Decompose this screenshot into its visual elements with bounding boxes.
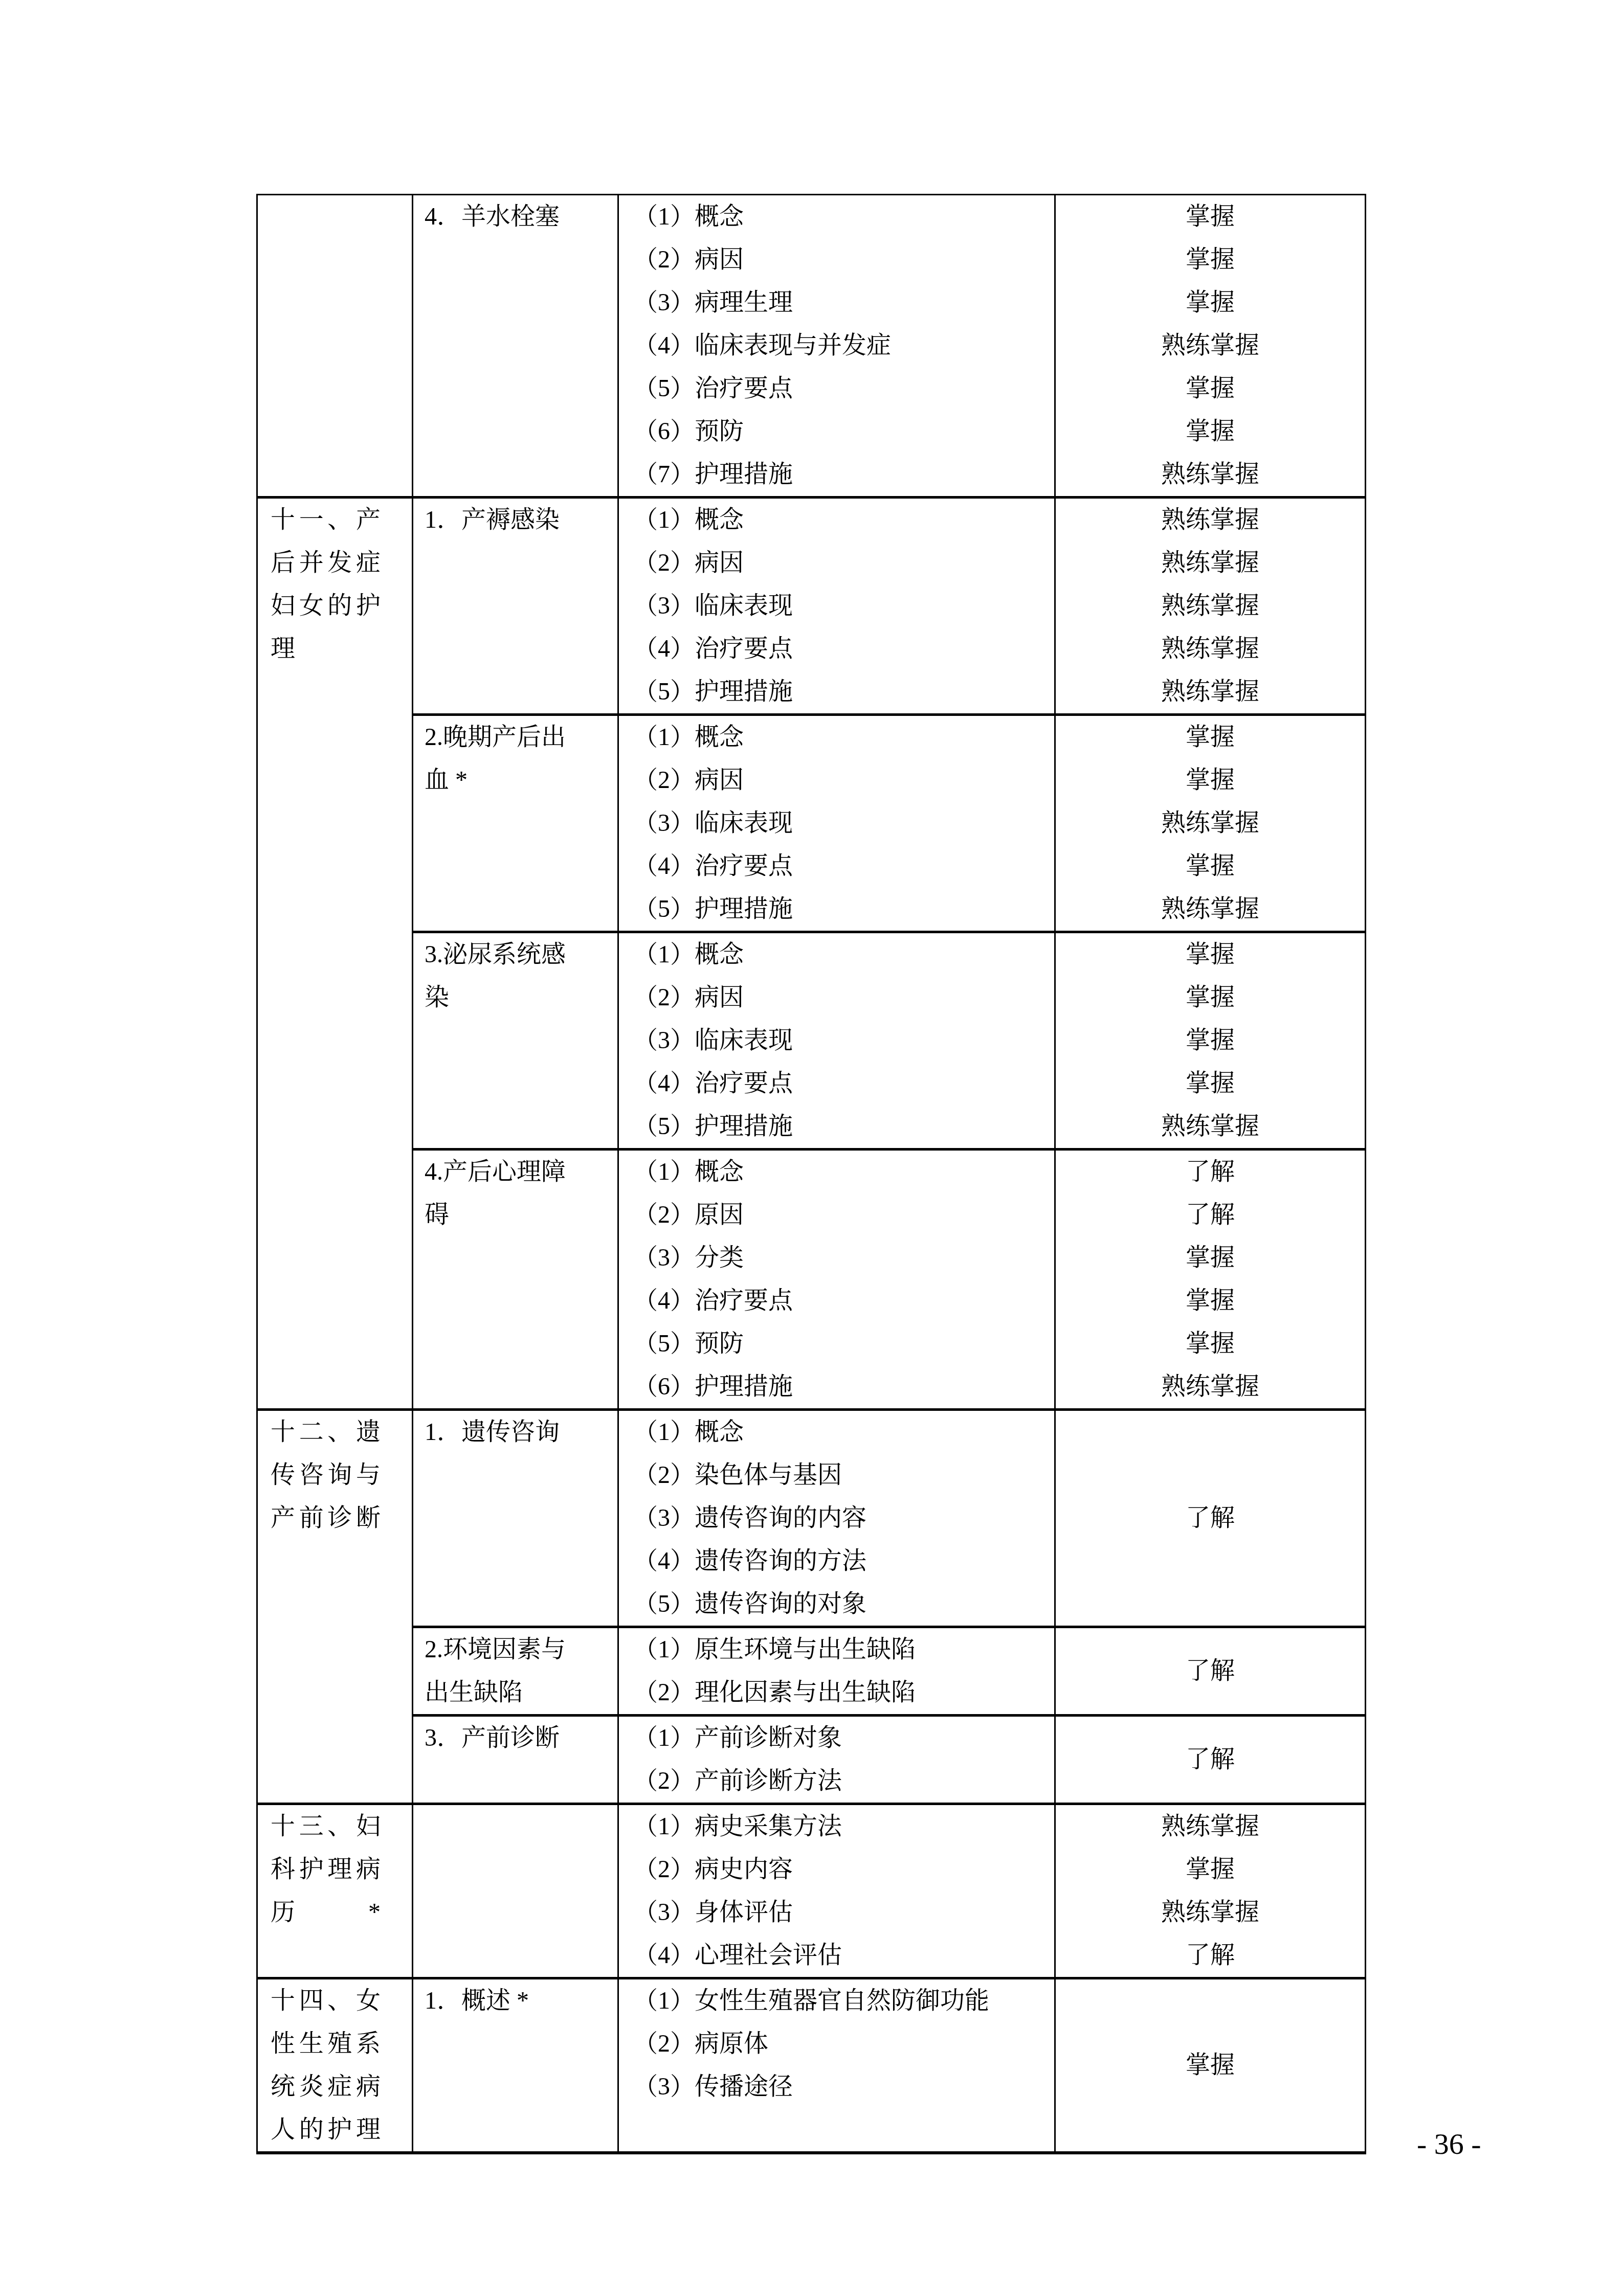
- chapter-cell: 十四、女性生殖系统炎症病人的护理: [257, 1978, 413, 2153]
- item-text: （2）病原体: [619, 2022, 1054, 2065]
- chapter-cell-empty: [257, 195, 413, 498]
- subsection-label: 3.泌尿系统感染: [425, 933, 578, 1019]
- items-cell: （1）女性生殖器官自然防御功能 （2）病原体 （3）传播途径: [618, 1978, 1055, 2153]
- subsection-cell: 1．遗传咨询: [413, 1410, 618, 1627]
- item-text: （3）身体评估: [619, 1891, 1054, 1934]
- item-text: （1）病史采集方法: [619, 1805, 1054, 1848]
- item-text: （7）护理措施: [619, 453, 1054, 496]
- requirement-value: 掌握: [1056, 976, 1365, 1019]
- item-text: （2）病因: [619, 238, 1054, 281]
- page-number: - 36 -: [1417, 2126, 1481, 2162]
- requirement-value: 掌握: [1056, 845, 1365, 888]
- syllabus-table: 4．羊水栓塞 （1）概念 （2）病因 （3）病理生理 （4）临床表现与并发症 （…: [256, 194, 1366, 2154]
- group-row: 2.环境因素与出生缺陷 （1）原生环境与出生缺陷 （2）理化因素与出生缺陷 了解: [257, 1627, 1366, 1716]
- item-text: （2）病因: [619, 759, 1054, 802]
- subsection-cell: [413, 1804, 618, 1978]
- requirement-cell: 熟练掌握 掌握 熟练掌握 了解: [1055, 1804, 1366, 1978]
- item-text: （1）概念: [619, 716, 1054, 759]
- chapter-label: 十三、妇科护理病历 *: [271, 1805, 381, 1934]
- requirement-value: 掌握: [1056, 238, 1365, 281]
- requirement-cell: 掌握 掌握 掌握 掌握 熟练掌握: [1055, 932, 1366, 1150]
- subsection-cell: 3．产前诊断: [413, 1716, 618, 1804]
- requirement-cell-merged: 了解: [1055, 1410, 1366, 1627]
- requirement-cell: 了解 了解 掌握 掌握 掌握 熟练掌握: [1055, 1150, 1366, 1410]
- item-text: （4）遗传咨询的方法: [619, 1540, 1054, 1583]
- subsection-label: 1．概述 *: [425, 1979, 578, 2022]
- requirement-cell-merged: 掌握: [1055, 1978, 1366, 2153]
- chapter-cell: 十二、遗传咨询与产前诊断: [257, 1410, 413, 1804]
- item-text: （2）理化因素与出生缺陷: [619, 1671, 1054, 1714]
- subsection-cell: 4．羊水栓塞: [413, 195, 618, 498]
- items-cell: （1）概念 （2）原因 （3）分类 （4）治疗要点 （5）预防 （6）护理措施: [618, 1150, 1055, 1410]
- requirement-value: 掌握: [1056, 933, 1365, 976]
- requirement-value: 熟练掌握: [1056, 802, 1365, 845]
- items-cell: （1）原生环境与出生缺陷 （2）理化因素与出生缺陷: [618, 1627, 1055, 1716]
- group-row: 十三、妇科护理病历 * （1）病史采集方法 （2）病史内容 （3）身体评估 （4…: [257, 1804, 1366, 1978]
- group-row: 3．产前诊断 （1）产前诊断对象 （2）产前诊断方法 了解: [257, 1716, 1366, 1804]
- requirement-cell-merged: 了解: [1055, 1627, 1366, 1716]
- requirement-value: 熟练掌握: [1056, 324, 1365, 367]
- requirement-value: 熟练掌握: [1056, 1365, 1365, 1408]
- items-cell: （1）病史采集方法 （2）病史内容 （3）身体评估 （4）心理社会评估: [618, 1804, 1055, 1978]
- item-text: （1）概念: [619, 499, 1054, 542]
- item-text: （3）临床表现: [619, 802, 1054, 845]
- requirement-cell: 掌握 掌握 熟练掌握 掌握 熟练掌握: [1055, 715, 1366, 932]
- requirement-cell: 熟练掌握 熟练掌握 熟练掌握 熟练掌握 熟练掌握: [1055, 498, 1366, 715]
- item-text: （2）产前诊断方法: [619, 1760, 1054, 1803]
- requirement-value: 掌握: [1056, 410, 1365, 453]
- chapter-cell: 十一、产后并发症妇女的护理: [257, 498, 413, 1410]
- subsection-label: 1．产褥感染: [425, 499, 578, 542]
- requirement-value: 熟练掌握: [1056, 1105, 1365, 1148]
- requirement-value: 熟练掌握: [1056, 670, 1365, 713]
- group-row: 4．羊水栓塞 （1）概念 （2）病因 （3）病理生理 （4）临床表现与并发症 （…: [257, 195, 1366, 498]
- items-cell: （1）概念 （2）病因 （3）临床表现 （4）治疗要点 （5）护理措施: [618, 932, 1055, 1150]
- subsection-cell: 2.环境因素与出生缺陷: [413, 1627, 618, 1716]
- item-text: （4）心理社会评估: [619, 1934, 1054, 1977]
- items-cell: （1）产前诊断对象 （2）产前诊断方法: [618, 1716, 1055, 1804]
- items-cell: （1）概念 （2）病因 （3）临床表现 （4）治疗要点 （5）护理措施: [618, 498, 1055, 715]
- item-text: （5）治疗要点: [619, 367, 1054, 410]
- group-row: 2.晚期产后出血 * （1）概念 （2）病因 （3）临床表现 （4）治疗要点 （…: [257, 715, 1366, 932]
- requirement-value: 掌握: [1056, 1062, 1365, 1105]
- item-text: （4）治疗要点: [619, 627, 1054, 670]
- subsection-cell: 3.泌尿系统感染: [413, 932, 618, 1150]
- subsection-label: 3．产前诊断: [425, 1717, 578, 1760]
- requirement-value: 掌握: [1056, 1019, 1365, 1062]
- subsection-cell: 1．产褥感染: [413, 498, 618, 715]
- requirement-value: 熟练掌握: [1056, 1891, 1365, 1934]
- item-text: （5）护理措施: [619, 670, 1054, 713]
- item-text: （1）概念: [619, 1151, 1054, 1194]
- requirement-value: 熟练掌握: [1056, 627, 1365, 670]
- item-text: （1）原生环境与出生缺陷: [619, 1628, 1054, 1671]
- item-text: （2）病史内容: [619, 1848, 1054, 1891]
- item-text: （4）临床表现与并发症: [619, 324, 1054, 367]
- requirement-value: 熟练掌握: [1056, 499, 1365, 542]
- requirement-value: 掌握: [1056, 281, 1365, 324]
- item-text: （1）概念: [619, 1411, 1054, 1454]
- item-text: （1）概念: [619, 933, 1054, 976]
- item-text: （5）护理措施: [619, 1105, 1054, 1148]
- items-cell: （1）概念 （2）病因 （3）临床表现 （4）治疗要点 （5）护理措施: [618, 715, 1055, 932]
- item-text: （1）女性生殖器官自然防御功能: [619, 1979, 1054, 2022]
- item-text: （2）病因: [619, 976, 1054, 1019]
- requirement-value: 掌握: [1056, 1322, 1365, 1365]
- subsection-cell: 4.产后心理障碍: [413, 1150, 618, 1410]
- subsection-label: 2.环境因素与出生缺陷: [425, 1628, 578, 1714]
- requirement-value: 掌握: [1056, 1236, 1365, 1279]
- group-row: 十二、遗传咨询与产前诊断 1．遗传咨询 （1）概念 （2）染色体与基因 （3）遗…: [257, 1410, 1366, 1627]
- item-text: （2）原因: [619, 1194, 1054, 1236]
- item-text: （6）护理措施: [619, 1365, 1054, 1408]
- requirement-value: 熟练掌握: [1056, 1805, 1365, 1848]
- item-text: （6）预防: [619, 410, 1054, 453]
- item-text: （3）临床表现: [619, 1019, 1054, 1062]
- requirement-value: 了解: [1056, 1151, 1365, 1194]
- requirement-cell-merged: 了解: [1055, 1716, 1366, 1804]
- item-text: （3）分类: [619, 1236, 1054, 1279]
- item-text: （5）护理措施: [619, 888, 1054, 931]
- item-text: （4）治疗要点: [619, 1062, 1054, 1105]
- group-row: 4.产后心理障碍 （1）概念 （2）原因 （3）分类 （4）治疗要点 （5）预防…: [257, 1150, 1366, 1410]
- requirement-value: 掌握: [1056, 759, 1365, 802]
- requirement-value: 熟练掌握: [1056, 584, 1365, 627]
- document-page: 4．羊水栓塞 （1）概念 （2）病因 （3）病理生理 （4）临床表现与并发症 （…: [0, 0, 1624, 2296]
- item-text: （1）产前诊断对象: [619, 1717, 1054, 1760]
- item-text: （3）传播途径: [619, 2065, 1054, 2108]
- requirement-value: 了解: [1056, 1934, 1365, 1977]
- item-text: （4）治疗要点: [619, 845, 1054, 888]
- requirement-value: 熟练掌握: [1056, 888, 1365, 931]
- subsection-label: 2.晚期产后出血 *: [425, 716, 578, 802]
- chapter-label: 十四、女性生殖系统炎症病人的护理: [271, 1979, 381, 2151]
- items-cell: （1）概念 （2）病因 （3）病理生理 （4）临床表现与并发症 （5）治疗要点 …: [618, 195, 1055, 498]
- item-text: （3）遗传咨询的内容: [619, 1497, 1054, 1540]
- requirement-cell: 掌握 掌握 掌握 熟练掌握 掌握 掌握 熟练掌握: [1055, 195, 1366, 498]
- subsection-cell: 1．概述 *: [413, 1978, 618, 2153]
- item-text: （2）染色体与基因: [619, 1454, 1054, 1497]
- group-row: 3.泌尿系统感染 （1）概念 （2）病因 （3）临床表现 （4）治疗要点 （5）…: [257, 932, 1366, 1150]
- subsection-cell: 2.晚期产后出血 *: [413, 715, 618, 932]
- requirement-value: 了解: [1056, 1194, 1365, 1236]
- requirement-value: 掌握: [1056, 1279, 1365, 1322]
- group-row: 十四、女性生殖系统炎症病人的护理 1．概述 * （1）女性生殖器官自然防御功能 …: [257, 1978, 1366, 2153]
- requirement-value: 掌握: [1056, 716, 1365, 759]
- subsection-label: 4．羊水栓塞: [425, 195, 578, 238]
- item-text: （1）概念: [619, 195, 1054, 238]
- requirement-value: 掌握: [1056, 195, 1365, 238]
- chapter-label: 十二、遗传咨询与产前诊断: [271, 1411, 381, 1540]
- item-text: （5）预防: [619, 1322, 1054, 1365]
- chapter-cell: 十三、妇科护理病历 *: [257, 1804, 413, 1978]
- item-text: （3）病理生理: [619, 281, 1054, 324]
- requirement-value: 掌握: [1056, 1848, 1365, 1891]
- requirement-value: 掌握: [1056, 367, 1365, 410]
- item-text: （5）遗传咨询的对象: [619, 1583, 1054, 1626]
- items-cell: （1）概念 （2）染色体与基因 （3）遗传咨询的内容 （4）遗传咨询的方法 （5…: [618, 1410, 1055, 1627]
- subsection-label: 4.产后心理障碍: [425, 1151, 578, 1236]
- item-text: （3）临床表现: [619, 584, 1054, 627]
- subsection-label: 1．遗传咨询: [425, 1411, 578, 1454]
- chapter-label: 十一、产后并发症妇女的护理: [271, 499, 381, 670]
- group-row: 十一、产后并发症妇女的护理 1．产褥感染 （1）概念 （2）病因 （3）临床表现…: [257, 498, 1366, 715]
- requirement-value: 熟练掌握: [1056, 453, 1365, 496]
- requirement-value: 熟练掌握: [1056, 542, 1365, 584]
- item-text: （4）治疗要点: [619, 1279, 1054, 1322]
- item-text: （2）病因: [619, 542, 1054, 584]
